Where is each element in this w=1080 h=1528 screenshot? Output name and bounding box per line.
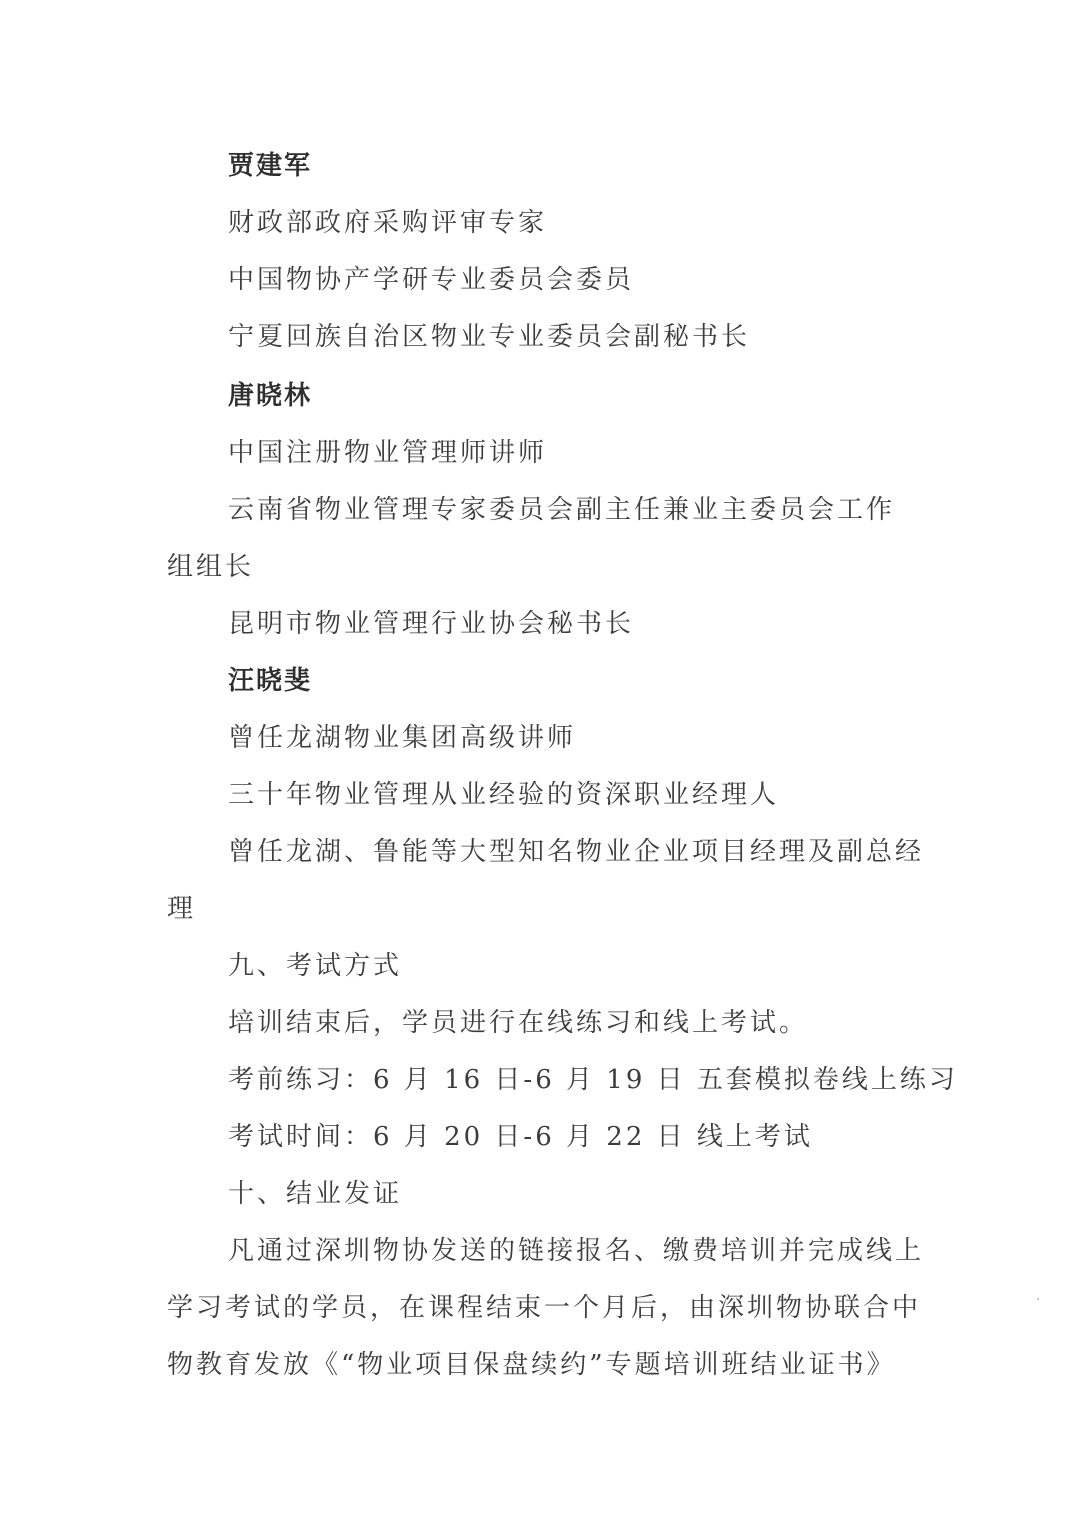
scan-speck xyxy=(1037,1298,1039,1300)
section-heading-exam-method: 九、考试方式 xyxy=(228,951,988,981)
expert-title-continuation: 组组长 xyxy=(167,552,927,582)
certification-paragraph-line: 凡通过深圳物协发送的链接报名、缴费培训并完成线上 xyxy=(228,1236,988,1266)
expert-name-tang-xiaolin: 唐晓林 xyxy=(228,381,988,411)
document-page: 贾建军 财政部政府采购评审专家 中国物协产学研专业委员会委员 宁夏回族自治区物业… xyxy=(0,0,1080,1528)
expert-title: 中国注册物业管理师讲师 xyxy=(228,438,988,468)
expert-title-continuation: 理 xyxy=(167,894,927,924)
expert-name-wang-xiaofei: 汪晓斐 xyxy=(228,666,988,696)
expert-title: 财政部政府采购评审专家 xyxy=(228,208,988,238)
expert-title: 昆明市物业管理行业协会秘书长 xyxy=(228,609,988,639)
expert-title: 三十年物业管理从业经验的资深职业经理人 xyxy=(228,780,988,810)
expert-title: 中国物协产学研专业委员会委员 xyxy=(228,265,988,295)
certification-paragraph-line: 学习考试的学员，在课程结束一个月后，由深圳物协联合中 xyxy=(167,1293,927,1323)
exam-test-schedule: 考试时间：6 月 20 日-6 月 22 日 线上考试 xyxy=(228,1122,988,1152)
certification-paragraph-line: 物教育发放《“物业项目保盘续约”专题培训班结业证书》 xyxy=(167,1350,927,1380)
expert-title: 云南省物业管理专家委员会副主任兼业主委员会工作 xyxy=(228,495,988,525)
expert-title: 曾任龙湖、鲁能等大型知名物业企业项目经理及副总经 xyxy=(228,837,988,867)
expert-title: 曾任龙湖物业集团高级讲师 xyxy=(228,723,988,753)
section-heading-certification: 十、结业发证 xyxy=(228,1179,988,1209)
expert-name-jia-jianjun: 贾建军 xyxy=(228,151,988,181)
exam-practice-schedule: 考前练习：6 月 16 日-6 月 19 日 五套模拟卷线上练习 xyxy=(228,1065,988,1095)
exam-description: 培训结束后，学员进行在线练习和线上考试。 xyxy=(228,1008,988,1038)
expert-title: 宁夏回族自治区物业专业委员会副秘书长 xyxy=(228,322,988,352)
